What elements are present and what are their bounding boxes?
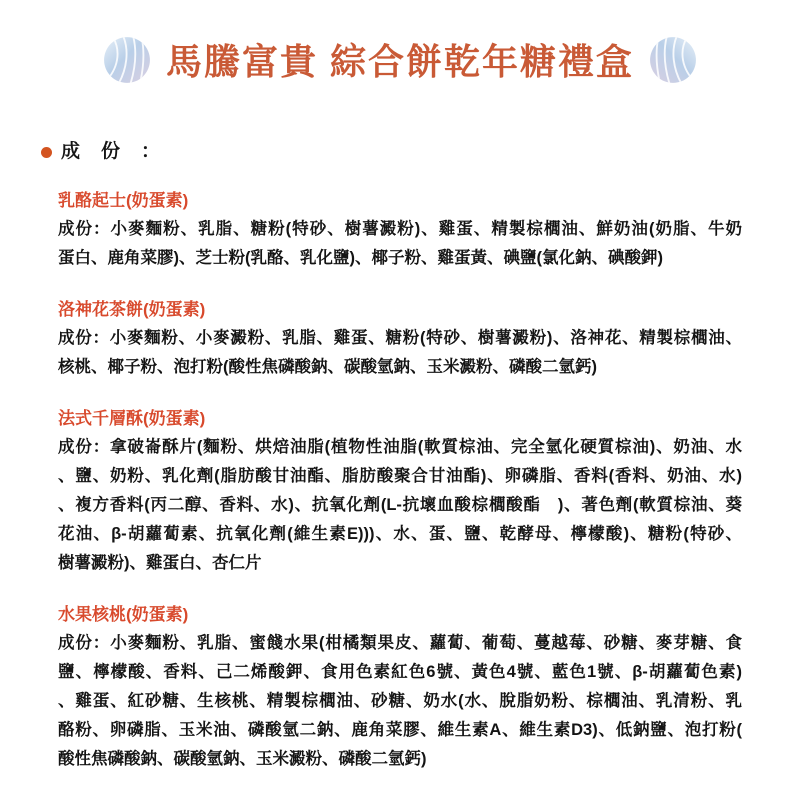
ingredient-line: 、複方香料(丙二醇、香料、水)、抗氧化劑(L-抗壞血酸棕櫚酸酯 )、著色劑(軟質… — [58, 491, 742, 520]
ingredient-line: 花油、β-胡蘿蔔素、抗氧化劑(維生素E)))、水、蛋、鹽、乾酵母、檸檬酸)、糖粉… — [58, 520, 742, 549]
ingredients-label-row: 成 份 ： — [41, 140, 742, 164]
ingredient-sections: 乳酪起士(奶蛋素) 成份：小麥麵粉、乳脂、糖粉(特砂、樹薯澱粉)、雞蛋、精製棕櫚… — [58, 186, 742, 774]
ingredient-line: 成份：拿破崙酥片(麵粉、烘焙油脂(植物性油脂(軟質棕油、完全氫化硬質棕油)、奶油… — [58, 433, 742, 462]
ingredient-line: 樹薯澱粉)、雞蛋白、杏仁片 — [58, 549, 742, 578]
ingredient-line: 鹽、檸檬酸、香料、己二烯酸鉀、食用色素紅色6號、黃色4號、藍色1號、β-胡蘿蔔色… — [58, 658, 742, 687]
bullet-icon — [41, 147, 52, 158]
section-title: 水果核桃(奶蛋素) — [58, 600, 742, 629]
ingredient-section: 乳酪起士(奶蛋素) 成份：小麥麵粉、乳脂、糖粉(特砂、樹薯澱粉)、雞蛋、精製棕櫚… — [58, 186, 742, 273]
ingredient-section: 水果核桃(奶蛋素) 成份：小麥麵粉、乳脂、蜜餞水果(柑橘類果皮、蘿蔔、葡萄、蔓越… — [58, 600, 742, 774]
section-title: 洛神花茶餅(奶蛋素) — [58, 295, 742, 324]
pastel-sphere-icon — [648, 35, 698, 85]
ingredient-line: 、鹽、奶粉、乳化劑(脂肪酸甘油酯、脂肪酸聚合甘油酯)、卵磷脂、香料(香料、奶油、… — [58, 462, 742, 491]
ingredient-line: 酪粉、卵磷脂、玉米油、磷酸氫二鈉、鹿角菜膠、維生素A、維生素D3)、低鈉鹽、泡打… — [58, 716, 742, 745]
ingredient-line: 酸性焦磷酸鈉、碳酸氫鈉、玉米澱粉、磷酸二氫鈣) — [58, 745, 742, 774]
ingredient-line: 、雞蛋、紅砂糖、生核桃、精製棕櫚油、砂糖、奶水(水、脫脂奶粉、棕櫚油、乳清粉、乳 — [58, 687, 742, 716]
page-title: 馬騰富貴 綜合餅乾年糖禮盒 — [166, 34, 634, 85]
section-lines: 成份：拿破崙酥片(麵粉、烘焙油脂(植物性油脂(軟質棕油、完全氫化硬質棕油)、奶油… — [58, 433, 742, 578]
section-lines: 成份：小麥麵粉、乳脂、蜜餞水果(柑橘類果皮、蘿蔔、葡萄、蔓越莓、砂糖、麥芽糖、食… — [58, 629, 742, 774]
page-header: 馬騰富貴 綜合餅乾年糖禮盒 — [0, 34, 800, 85]
ingredient-section: 法式千層酥(奶蛋素) 成份：拿破崙酥片(麵粉、烘焙油脂(植物性油脂(軟質棕油、完… — [58, 404, 742, 578]
section-title: 乳酪起士(奶蛋素) — [58, 186, 742, 215]
ingredient-line: 成份：小麥麵粉、乳脂、糖粉(特砂、樹薯澱粉)、雞蛋、精製棕櫚油、鮮奶油(奶脂、牛… — [58, 215, 742, 244]
ingredient-line: 蛋白、鹿角菜膠)、芝士粉(乳酪、乳化鹽)、椰子粉、雞蛋黃、碘鹽(氯化鈉、碘酸鉀) — [58, 244, 742, 273]
ingredients-label: 成 份 ： — [61, 140, 161, 164]
ingredients-content: 成 份 ： 乳酪起士(奶蛋素) 成份：小麥麵粉、乳脂、糖粉(特砂、樹薯澱粉)、雞… — [58, 140, 742, 774]
ingredient-section: 洛神花茶餅(奶蛋素) 成份：小麥麵粉、小麥澱粉、乳脂、雞蛋、糖粉(特砂、樹薯澱粉… — [58, 295, 742, 382]
page-root: 馬騰富貴 綜合餅乾年糖禮盒 成 份 ： — [0, 0, 800, 800]
section-lines: 成份：小麥麵粉、小麥澱粉、乳脂、雞蛋、糖粉(特砂、樹薯澱粉)、洛神花、精製棕櫚油… — [58, 324, 742, 382]
section-lines: 成份：小麥麵粉、乳脂、糖粉(特砂、樹薯澱粉)、雞蛋、精製棕櫚油、鮮奶油(奶脂、牛… — [58, 215, 742, 273]
section-title: 法式千層酥(奶蛋素) — [58, 404, 742, 433]
ingredient-line: 核桃、椰子粉、泡打粉(酸性焦磷酸鈉、碳酸氫鈉、玉米澱粉、磷酸二氫鈣) — [58, 353, 742, 382]
ingredient-line: 成份：小麥麵粉、乳脂、蜜餞水果(柑橘類果皮、蘿蔔、葡萄、蔓越莓、砂糖、麥芽糖、食 — [58, 629, 742, 658]
pastel-sphere-icon — [102, 35, 152, 85]
ingredient-line: 成份：小麥麵粉、小麥澱粉、乳脂、雞蛋、糖粉(特砂、樹薯澱粉)、洛神花、精製棕櫚油… — [58, 324, 742, 353]
